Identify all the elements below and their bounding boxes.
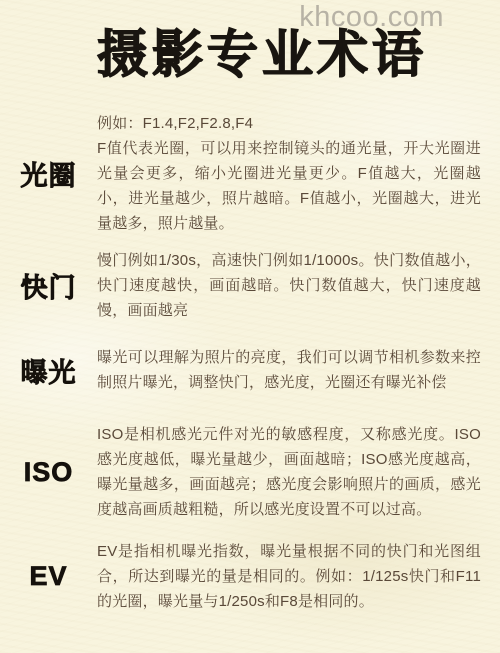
iso-description-text: ISO是相机感光元件对光的敏感程度，又称感光度。ISO感光度越低，曝光量越少，画… [97,422,481,522]
page-title: 摄影专业术语 [12,25,500,85]
shutter-description-text: 慢门例如1/30s，高速快门例如1/1000s。快门数值越小，快门速度越快，画面… [97,248,481,323]
section-body-aperture: 例如：F1.4,F2,F2.8,F4 F值代表光圈，可以用来控制镜头的通光量，开… [97,111,500,236]
section-body-iso: ISO是相机感光元件对光的敏感程度，又称感光度。ISO感光度越低，曝光量越少，画… [97,422,500,522]
section-exposure: 曝光 曝光可以理解为照片的亮度，我们可以调节相机参数来控制照片曝光，调整快门，感… [0,345,500,395]
section-iso: ISO ISO是相机感光元件对光的敏感程度，又称感光度。ISO感光度越低，曝光量… [0,422,500,522]
term-label-iso: ISO [0,457,97,488]
term-label-shutter: 快门 [0,266,97,305]
aperture-example-text: 例如：F1.4,F2,F2.8,F4 [97,111,481,136]
section-aperture: 光圈 例如：F1.4,F2,F2.8,F4 F值代表光圈，可以用来控制镜头的通光… [0,111,500,236]
term-label-exposure: 曝光 [0,351,97,390]
exposure-description-text: 曝光可以理解为照片的亮度，我们可以调节相机参数来控制照片曝光，调整快门，感光度，… [97,345,481,395]
term-label-ev: EV [0,561,97,592]
ev-description-text: EV是指相机曝光指数，曝光量根据不同的快门和光图组合，所达到曝光的量是相同的。例… [97,539,481,614]
section-ev: EV EV是指相机曝光指数，曝光量根据不同的快门和光图组合，所达到曝光的量是相同… [0,539,500,614]
section-body-exposure: 曝光可以理解为照片的亮度，我们可以调节相机参数来控制照片曝光，调整快门，感光度，… [97,345,500,395]
section-body-shutter: 慢门例如1/30s，高速快门例如1/1000s。快门数值越小，快门速度越快，画面… [97,248,500,323]
terms-list: 光圈 例如：F1.4,F2,F2.8,F4 F值代表光圈，可以用来控制镜头的通光… [0,111,500,614]
section-shutter: 快门 慢门例如1/30s，高速快门例如1/1000s。快门数值越小，快门速度越快… [0,248,500,323]
section-body-ev: EV是指相机曝光指数，曝光量根据不同的快门和光图组合，所达到曝光的量是相同的。例… [97,539,500,614]
term-label-aperture: 光圈 [0,154,97,193]
photography-terms-card: khcoo.com 摄影专业术语 光圈 例如：F1.4,F2,F2.8,F4 F… [0,0,500,653]
aperture-description-text: F值代表光圈，可以用来控制镜头的通光量，开大光圈进光量会更多，缩小光圈进光量更少… [97,136,481,236]
